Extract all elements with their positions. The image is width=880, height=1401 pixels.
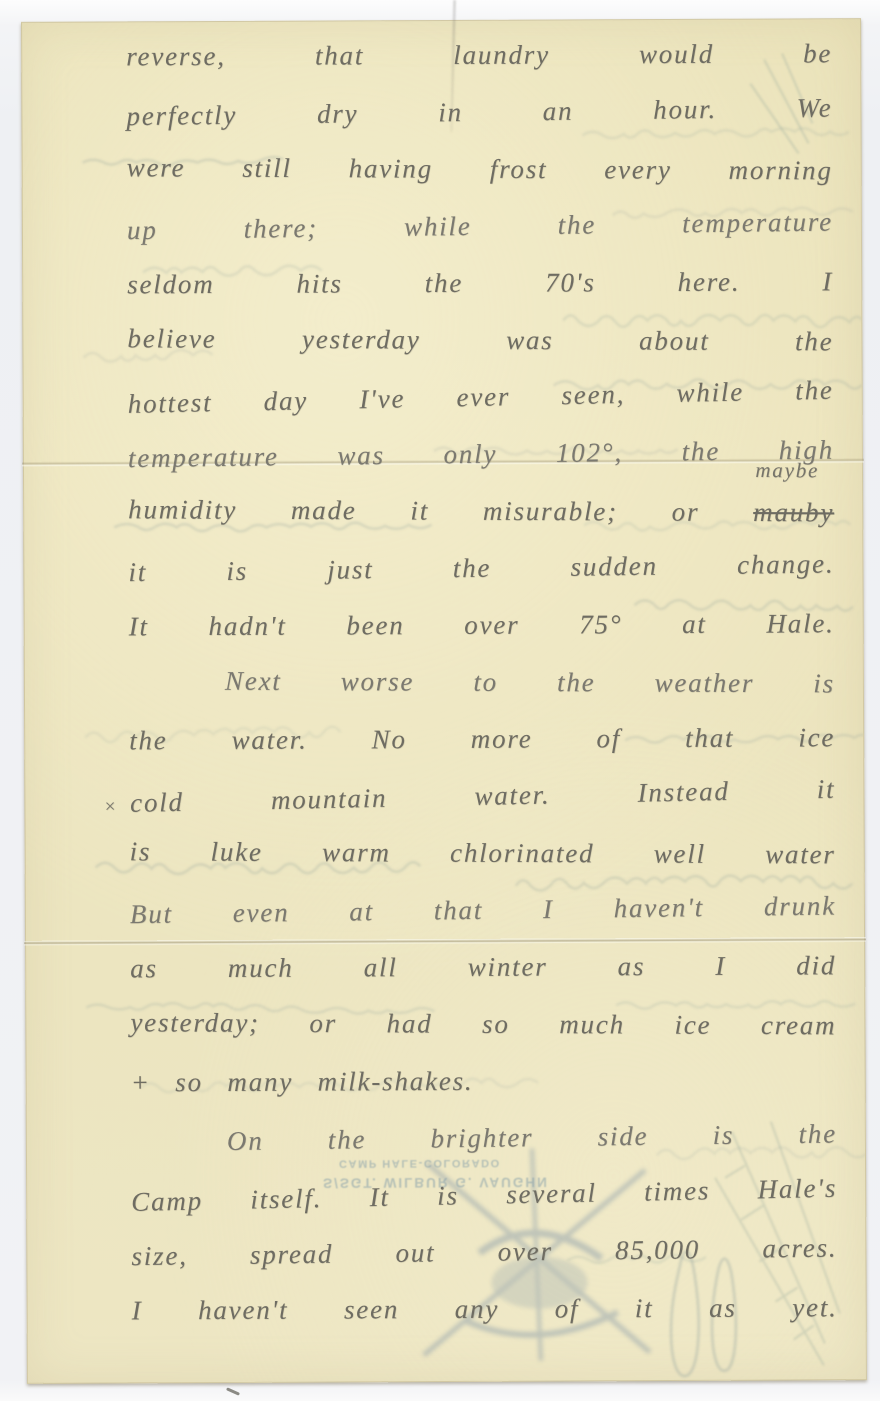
letter-line: believe yesterday was about the bbox=[127, 310, 833, 370]
letter-line: as much all winter as I did bbox=[130, 937, 836, 997]
letter-line: It hadn't been over 75° at Hale. bbox=[129, 595, 835, 655]
correction: maybemauby bbox=[753, 484, 834, 541]
letter-line: I haven't seen any of it as yet. bbox=[132, 1279, 838, 1339]
letter-line: yesterday; or had so much ice cream bbox=[130, 994, 836, 1054]
letter-line: perfectly dry in an hour. We bbox=[126, 80, 833, 146]
letter-line: the water. No more of that ice bbox=[129, 709, 835, 769]
letter-line: ×cold mountain water. Instead it bbox=[129, 761, 836, 832]
letter-line: But even at that I haven't drunk bbox=[130, 878, 837, 944]
letter-line: humidity made it misurable; or maybemaub… bbox=[128, 481, 834, 541]
letter-body: reverse, that laundry would beperfectly … bbox=[126, 25, 838, 1339]
letter-line: temperature was only 102°, the high bbox=[128, 422, 835, 488]
letter-line: + so many milk-shakes. bbox=[131, 1051, 837, 1111]
letter-line: Next worse to the weather is bbox=[129, 652, 835, 712]
letter-paper: CAMP HALE-COLORADO S/SGT. WILBUR G. VAUG… bbox=[21, 18, 867, 1384]
letter-line: were still having frost every morning bbox=[127, 139, 833, 199]
letter-line: seldom hits the 70's here. I bbox=[127, 253, 833, 313]
letter-line: is luke warm chlorinated well water bbox=[130, 823, 836, 883]
margin-mark: × bbox=[103, 778, 119, 835]
stray-pencil-mark bbox=[226, 1387, 240, 1395]
scanned-letter-page: { "page": { "background_color": "#f1f2f5… bbox=[0, 0, 880, 1401]
letter-line: size, spread out over 85,000 acres. bbox=[131, 1220, 838, 1286]
letter-line: up there; while the temperature bbox=[127, 194, 834, 260]
letter-line: it is just the sudden change. bbox=[128, 536, 835, 602]
letter-line: reverse, that laundry would be bbox=[126, 25, 832, 85]
